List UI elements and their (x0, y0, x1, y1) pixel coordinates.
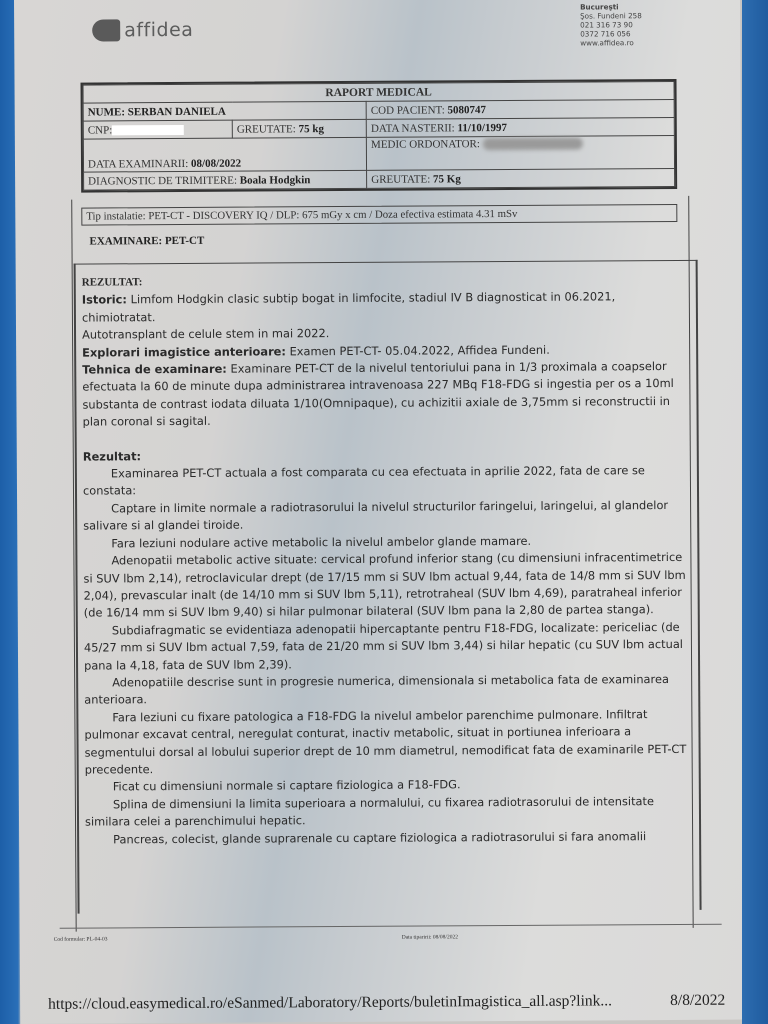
installation-type: Tip instalatie: PET-CT - DISCOVERY IQ / … (81, 204, 677, 226)
finding-paragraph: Pancreas, colecist, glande suprarenale c… (85, 827, 693, 848)
history-paragraph: Istoric: Limfom Hodgkin clasic subtip bo… (82, 288, 690, 327)
address-city: Bucureşti (580, 2, 642, 11)
doctor-name-redacted (483, 138, 583, 151)
address-phone-2: 0372 716 056 (580, 29, 642, 38)
examination-type: EXAMINARE: PET-CT (89, 235, 204, 248)
report-body: REZULTAT: Istoric: Limfom Hodgkin clasic… (74, 260, 702, 914)
finding-paragraph: Adenopatiile descrise sunt in progresie … (84, 671, 692, 710)
patient-code: 5080747 (447, 104, 486, 116)
finding-paragraph: Examinarea PET-CT actuala a fost compara… (83, 462, 691, 501)
paper-sheet: affidea Bucureşti Şos. Fundeni 258 021 3… (14, 0, 746, 1024)
address-website: www.affidea.ro (580, 38, 642, 47)
print-date-label: Data tiparirii: 08/08/2022 (402, 934, 458, 940)
form-code: Cod formular: PL-04-03 (54, 936, 108, 942)
cnp-cell: CNP: (83, 120, 232, 139)
clinic-address: Bucureşti Şos. Fundeni 258 021 316 73 90… (580, 2, 642, 47)
browser-print-date: 8/8/2022 (670, 992, 725, 1010)
cnp-redacted (112, 125, 184, 135)
address-phone-1: 021 316 73 90 (580, 20, 642, 29)
weight-cell-2: GREUTATE: 75 Kg (367, 168, 675, 188)
patient-info-table: RAPORT MEDICAL NUME: SERBAN DANIELA COD … (81, 79, 678, 193)
address-street: Şos. Fundeni 258 (580, 11, 642, 20)
technique-paragraph: Tehnica de examinare: Examinare PET-CT d… (82, 358, 690, 431)
referral-diagnosis-cell: DIAGNOSTIC DE TRIMITERE: Boala Hodgkin (84, 170, 367, 190)
finding-paragraph: Splina de dimensiuni la limita superioar… (85, 793, 693, 832)
weight-cell: GREUTATE: 75 kg (232, 119, 366, 138)
affidea-logo-mark-icon (92, 19, 120, 41)
finding-paragraph: Adenopatii metabolic active situate: cer… (83, 549, 691, 622)
patient-name: SERBAN DANIELA (128, 105, 226, 118)
source-url: https://cloud.easymedical.ro/eSanmed/Lab… (48, 992, 612, 1013)
referring-doctor-cell: MEDIC ORDONATOR: (366, 135, 674, 170)
finding-paragraph: Fara leziuni cu fixare patologica a F18-… (84, 706, 692, 779)
finding-paragraph: Captare in limite normale a radiotrasoru… (83, 497, 691, 536)
affidea-logo: affidea (92, 19, 193, 42)
exam-date-cell: DATA EXAMINARII: 08/08/2022 (83, 137, 366, 172)
background-blue-edge (742, 0, 768, 1024)
patient-code-cell: COD PACIENT: 5080747 (366, 99, 674, 119)
patient-name-cell: NUME: SERBAN DANIELA (83, 101, 366, 121)
finding-paragraph: Subdiafragmatic se evidentiaza adenopati… (84, 619, 692, 675)
brand-name: affidea (124, 19, 193, 41)
birth-date-cell: DATA NASTERII: 11/10/1997 (366, 117, 674, 137)
